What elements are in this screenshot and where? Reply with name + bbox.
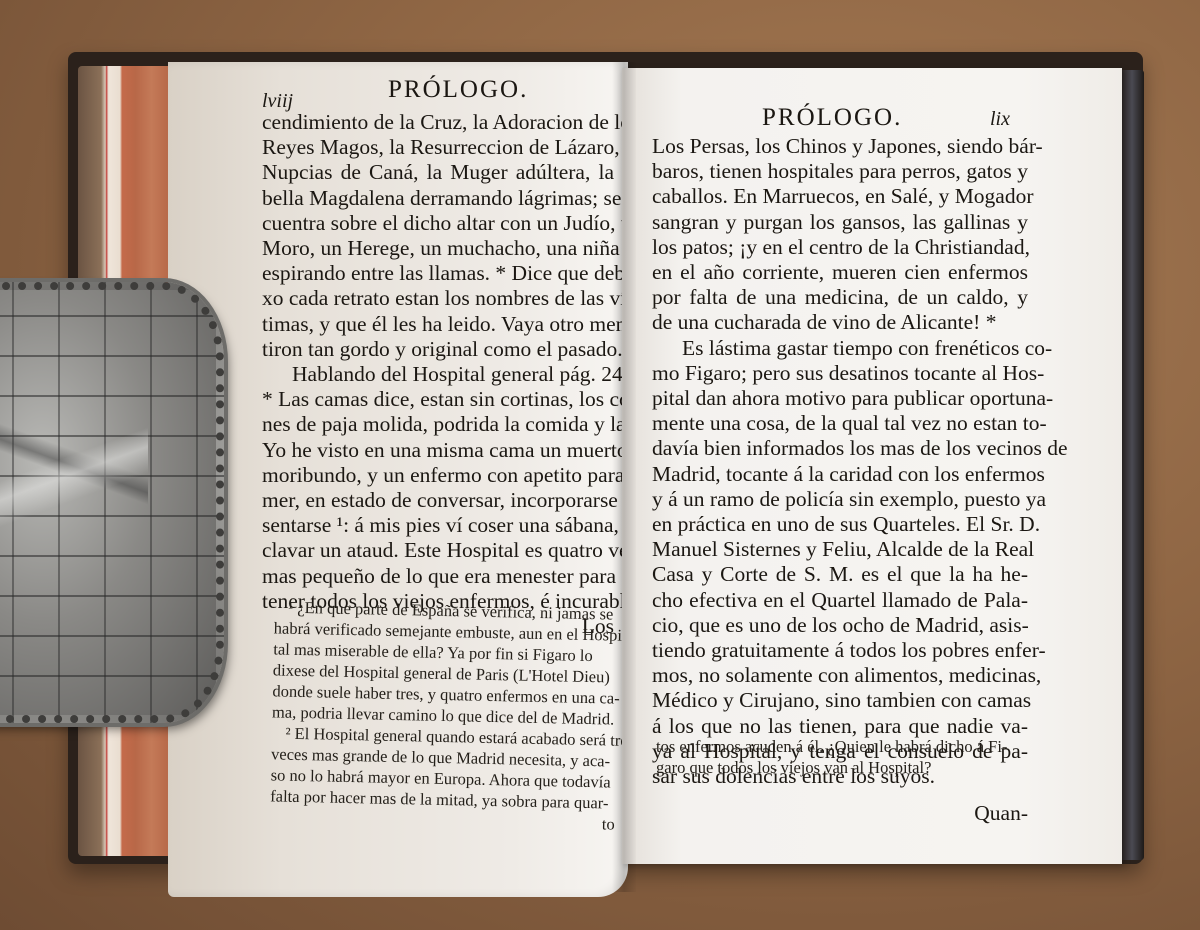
text-line: en el año corriente, mueren cien enfermo…	[652, 260, 1028, 285]
text-line: sentarse ¹: á mis pies ví coser una sába…	[262, 513, 614, 538]
text-line: Hablando del Hospital general pág. 247.	[262, 362, 614, 387]
text-line: Médico y Cirujano, sino tambien con cama…	[652, 688, 1028, 713]
text-line: nes de paja molida, podrida la comida y …	[262, 412, 614, 437]
left-body-text: cendimiento de la Cruz, la Adoracion de …	[262, 110, 614, 639]
text-line: Moro, un Herege, un muchacho, una niña	[262, 236, 614, 261]
text-line: davía bien informados los mas de los vec…	[652, 436, 1028, 461]
text-line: bella Magdalena derramando lágrimas; se …	[262, 186, 614, 211]
book-gutter-shadow	[612, 62, 636, 892]
text-line: tiron tan gordo y original como el pasad…	[262, 337, 614, 362]
text-line: tiendo gratuitamente á todos los pobres …	[652, 638, 1028, 663]
text-line: mas pequeño de lo que era menester para …	[262, 564, 614, 589]
text-line: Yo he visto en una misma cama un muerto,…	[262, 438, 614, 463]
book-cover-edge	[1120, 70, 1144, 860]
right-body-text: Los Persas, los Chinos y Japones, siendo…	[652, 134, 1028, 826]
text-line: en práctica en uno de sus Quarteles. El …	[652, 512, 1028, 537]
text-line: Los Persas, los Chinos y Japones, siendo…	[652, 134, 1028, 159]
text-line: Madrid, tocante á la caridad con los enf…	[652, 462, 1028, 487]
right-folio: lix	[990, 108, 1010, 131]
footnote-line: garo que todos los viejos van al Hospita…	[656, 757, 1026, 778]
text-line: caballos. En Marruecos, en Salé, y Mogad…	[652, 184, 1028, 209]
clasp-relief-ornament	[0, 330, 148, 660]
text-line: de una cucharada de vino de Alicante! *	[652, 310, 1028, 335]
text-line: * Las camas dice, estan sin cortinas, lo…	[262, 387, 614, 412]
text-line: baros, tienen hospitales para perros, ga…	[652, 159, 1028, 184]
catchword: Quan-	[652, 801, 1028, 826]
text-line: xo cada retrato estan los nombres de las…	[262, 286, 614, 311]
right-footnotes: tos enfermos acuden á él. ¿Quien le habr…	[656, 736, 1026, 778]
left-footnotes: ¹ ¿En que parte de España se verifica, n…	[270, 596, 620, 834]
pewter-page-clasp	[0, 282, 224, 723]
text-line: cuentra sobre el dicho altar con un Judí…	[262, 211, 614, 236]
text-line: Reyes Magos, la Resurreccion de Lázaro, …	[262, 135, 614, 160]
right-running-head: PRÓLOGO.	[762, 104, 902, 132]
text-line: timas, y que él les ha leido. Vaya otro …	[262, 312, 614, 337]
text-line: mos, no solamente con alimentos, medicin…	[652, 663, 1028, 688]
text-line: por falta de una medicina, de un caldo, …	[652, 285, 1028, 310]
text-line: Casa y Corte de S. M. es el que la ha he…	[652, 562, 1028, 587]
text-line: cio, que es uno de los ocho de Madrid, a…	[652, 613, 1028, 638]
text-line: mente una cosa, de la qual tal vez no es…	[652, 411, 1028, 436]
footnote-line: tos enfermos acuden á él. ¿Quien le habr…	[656, 736, 1026, 757]
text-line: Nupcias de Caná, la Muger adúltera, la	[262, 160, 614, 185]
text-line: cendimiento de la Cruz, la Adoracion de …	[262, 110, 614, 135]
text-line: moribundo, y un enfermo con apetito para…	[262, 463, 614, 488]
text-line: mer, en estado de conversar, incorporars…	[262, 488, 614, 513]
text-line: y á un ramo de policía sin exemplo, pues…	[652, 487, 1028, 512]
text-line: pital dan ahora motivo para publicar opo…	[652, 386, 1028, 411]
text-line: sangran y purgan los gansos, las gallina…	[652, 210, 1028, 235]
text-line: clavar un ataud. Este Hospital es quatro…	[262, 538, 614, 563]
text-line: los patos; ¡y en el centro de la Christi…	[652, 235, 1028, 260]
text-line: Es lástima gastar tiempo con frenéticos …	[652, 336, 1028, 361]
text-line: espirando entre las llamas. * Dice que d…	[262, 261, 614, 286]
left-running-head: PRÓLOGO.	[388, 76, 528, 104]
text-line: mo Figaro; pero sus desatinos tocante al…	[652, 361, 1028, 386]
text-line: Manuel Sisternes y Feliu, Alcalde de la …	[652, 537, 1028, 562]
text-line: cho efectiva en el Quartel llamado de Pa…	[652, 588, 1028, 613]
